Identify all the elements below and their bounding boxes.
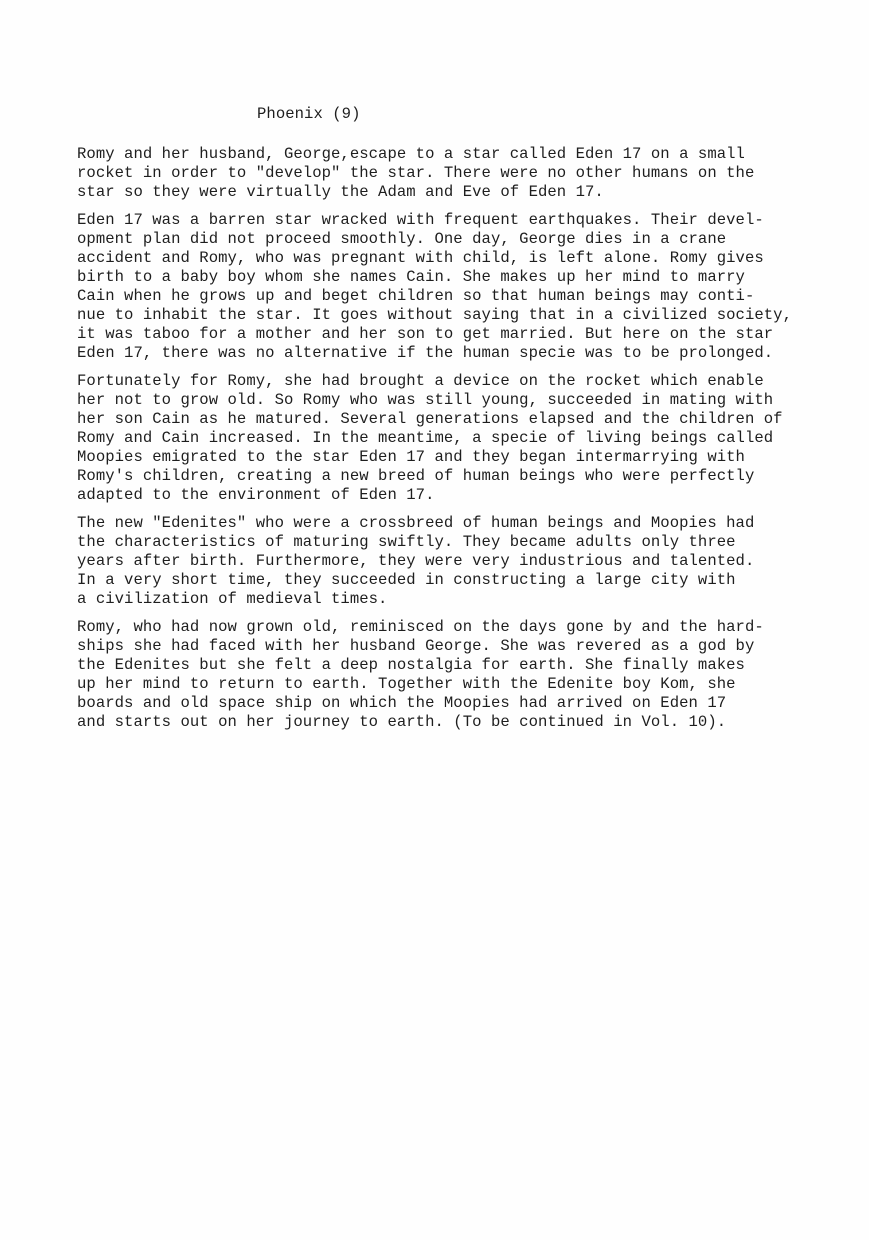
- text-line: rocket in order to "develop" the star. T…: [77, 164, 837, 183]
- text-line: her son Cain as he matured. Several gene…: [77, 410, 837, 429]
- text-line: up her mind to return to earth. Together…: [77, 675, 837, 694]
- paragraph-1: Romy and her husband, George,escape to a…: [77, 145, 837, 202]
- text-line: Fortunately for Romy, she had brought a …: [77, 372, 837, 391]
- text-line: the characteristics of maturing swiftly.…: [77, 533, 837, 552]
- text-line: the Edenites but she felt a deep nostalg…: [77, 656, 837, 675]
- text-line: her not to grow old. So Romy who was sti…: [77, 391, 837, 410]
- text-line: birth to a baby boy whom she names Cain.…: [77, 268, 837, 287]
- text-line: boards and old space ship on which the M…: [77, 694, 837, 713]
- text-line: nue to inhabit the star. It goes without…: [77, 306, 837, 325]
- text-line: Cain when he grows up and beget children…: [77, 287, 837, 306]
- text-line: it was taboo for a mother and her son to…: [77, 325, 837, 344]
- text-line: Romy and her husband, George,escape to a…: [77, 145, 837, 164]
- paragraph-5: Romy, who had now grown old, reminisced …: [77, 618, 837, 732]
- document-body: Romy and her husband, George,escape to a…: [77, 145, 837, 741]
- text-line: and starts out on her journey to earth. …: [77, 713, 837, 732]
- paragraph-2: Eden 17 was a barren star wracked with f…: [77, 211, 837, 363]
- document-title: Phoenix (9): [257, 105, 361, 124]
- text-line: Moopies emigrated to the star Eden 17 an…: [77, 448, 837, 467]
- text-line: The new "Edenites" who were a crossbreed…: [77, 514, 837, 533]
- paragraph-4: The new "Edenites" who were a crossbreed…: [77, 514, 837, 609]
- text-line: ships she had faced with her husband Geo…: [77, 637, 837, 656]
- text-line: Eden 17 was a barren star wracked with f…: [77, 211, 837, 230]
- text-line: Romy and Cain increased. In the meantime…: [77, 429, 837, 448]
- text-line: Romy's children, creating a new breed of…: [77, 467, 837, 486]
- text-line: adapted to the environment of Eden 17.: [77, 486, 837, 505]
- text-line: star so they were virtually the Adam and…: [77, 183, 837, 202]
- paragraph-3: Fortunately for Romy, she had brought a …: [77, 372, 837, 505]
- text-line: a civilization of medieval times.: [77, 590, 837, 609]
- text-line: opment plan did not proceed smoothly. On…: [77, 230, 837, 249]
- document-page: Phoenix (9) Romy and her husband, George…: [0, 0, 869, 1240]
- text-line: accident and Romy, who was pregnant with…: [77, 249, 837, 268]
- text-line: In a very short time, they succeeded in …: [77, 571, 837, 590]
- text-line: Romy, who had now grown old, reminisced …: [77, 618, 837, 637]
- text-line: Eden 17, there was no alternative if the…: [77, 344, 837, 363]
- text-line: years after birth. Furthermore, they wer…: [77, 552, 837, 571]
